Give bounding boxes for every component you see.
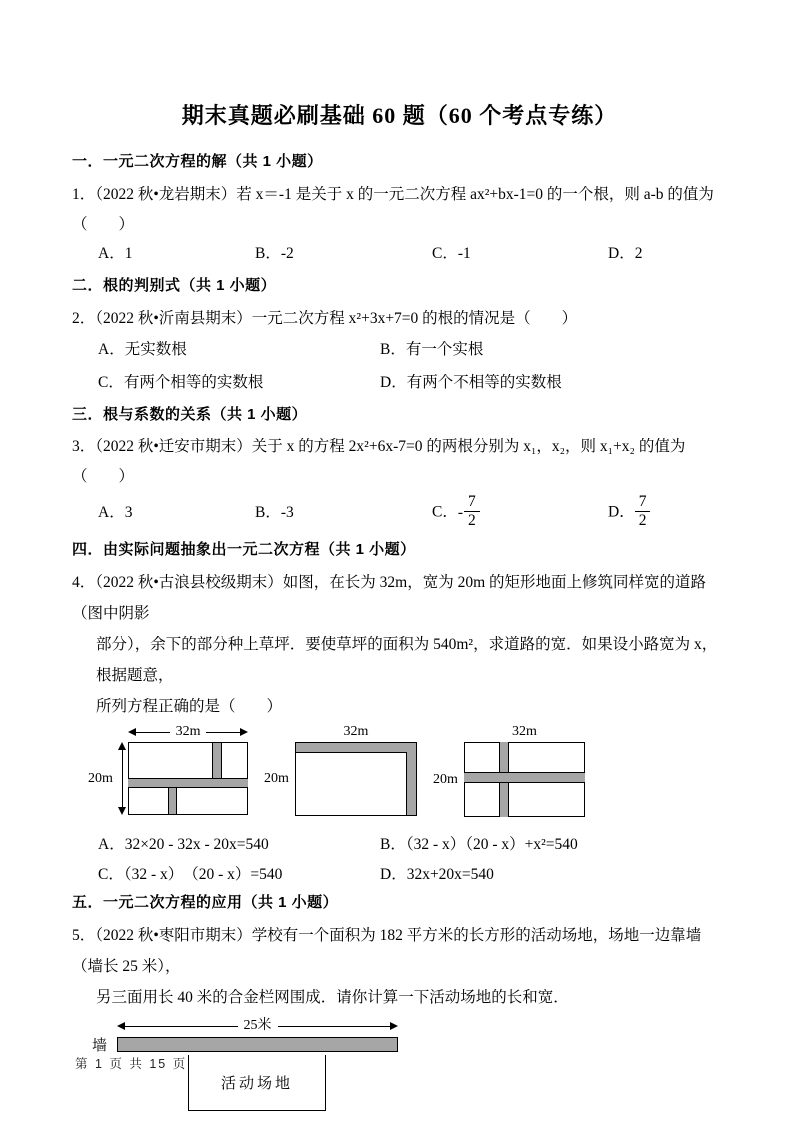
question-1-option-c: C．-1 bbox=[432, 242, 608, 266]
height-label: 20m bbox=[264, 771, 291, 787]
arrow-line bbox=[125, 1026, 238, 1027]
section-3-heading: 三．根与系数的关系（共 1 小题） bbox=[72, 405, 727, 425]
length-label: 25米 bbox=[238, 1018, 278, 1034]
question-4-option-d: D．32x+20x=540 bbox=[380, 863, 494, 887]
option-c-label: C． bbox=[432, 504, 458, 521]
question-1-option-d: D．2 bbox=[608, 242, 642, 266]
question-1-option-b: B．-2 bbox=[255, 242, 432, 266]
question-3-text: 3．（2022 秋•迁安市期末）关于 x 的方程 2x²+6x-7=0 的两根分… bbox=[72, 432, 727, 492]
arrowhead-left-icon bbox=[128, 728, 136, 736]
page-footer: 第 1 页 共 15 页 bbox=[75, 1054, 187, 1072]
wall-bar bbox=[117, 1037, 398, 1052]
question-4-option-b: B．（32 - x）（20 - x）+x²=540 bbox=[380, 833, 578, 857]
question-4-line-2: 部分），余下的部分种上草坪．要使草坪的面积为 540m²，求道路的宽．如果设小路… bbox=[72, 629, 727, 691]
question-2-option-d: D．有两个不相等的实数根 bbox=[380, 371, 562, 395]
question-4-figures: 32m 20m bbox=[88, 724, 727, 817]
fraction: 72 bbox=[464, 493, 480, 530]
question-2-option-a: A．无实数根 bbox=[98, 338, 380, 362]
height-label: 20m bbox=[433, 772, 460, 788]
page-content: 期末真题必刷基础 60 题（60 个考点专练） 一．一元二次方程的解（共 1 小… bbox=[0, 0, 793, 1111]
figure-3-body: 20m bbox=[433, 742, 585, 817]
length-arrow: 25米 bbox=[117, 1018, 398, 1034]
wall-row: 墙 bbox=[92, 1034, 727, 1055]
fraction-denominator: 2 bbox=[464, 512, 480, 530]
width-arrow: 32m bbox=[128, 724, 248, 740]
question-5-line-2: 另三面用长 40 米的合金栏网围成．请你计算一下活动场地的长和宽． bbox=[72, 982, 727, 1013]
section-1-heading: 一．一元二次方程的解（共 1 小题） bbox=[72, 152, 727, 172]
page-title: 期末真题必刷基础 60 题（60 个考点专练） bbox=[72, 101, 727, 131]
arrowhead-left-icon bbox=[117, 1022, 125, 1030]
width-dimension: 32m bbox=[88, 724, 248, 740]
height-label: 20m bbox=[88, 771, 116, 787]
question-4-text: 4．（2022 秋•古浪县校级期末）如图，在长为 32m，宽为 20m 的矩形地… bbox=[72, 567, 727, 722]
field-rectangle bbox=[128, 742, 248, 815]
road-strip-vertical-top bbox=[212, 743, 222, 780]
fraction-numerator: 7 bbox=[464, 493, 480, 512]
question-4-options-row-2: C．（32 - x） （20 - x）=540 D．32x+20x=540 bbox=[72, 863, 727, 887]
length-dimension: 25米 bbox=[92, 1018, 727, 1034]
activity-area-label: 活动场地 bbox=[221, 1072, 293, 1093]
question-3-options: A．3 B．-3 C．-72 D．72 bbox=[72, 492, 727, 534]
question-4-option-c: C．（32 - x） （20 - x）=540 bbox=[98, 863, 380, 887]
arrowhead-down-icon bbox=[118, 807, 126, 815]
activity-area-box: 活动场地 bbox=[188, 1055, 326, 1111]
option-d-label: D． bbox=[608, 504, 635, 521]
width-label: 32m bbox=[295, 724, 417, 742]
arrow-line bbox=[206, 732, 240, 733]
question-5-figure: 25米 墙 活动场地 bbox=[92, 1018, 727, 1111]
road-strip-vertical-bottom bbox=[168, 787, 177, 814]
road-strip-horizontal bbox=[128, 778, 248, 788]
road-strip-horizontal bbox=[464, 772, 585, 783]
question-3-option-b: B．-3 bbox=[255, 501, 432, 525]
question-4-options-row-1: A．32×20 - 32x - 20x=540 B．（32 - x）（20 - … bbox=[72, 833, 727, 857]
figure-1-body: 20m bbox=[88, 742, 248, 815]
worksheet-page: 期末真题必刷基础 60 题（60 个考点专练） 一．一元二次方程的解（共 1 小… bbox=[0, 0, 793, 1122]
width-label: 32m bbox=[464, 724, 585, 742]
question-2-option-b: B．有一个实根 bbox=[380, 338, 483, 362]
question-3-option-d: D．72 bbox=[608, 496, 650, 530]
question-1-options: A．1 B．-2 C．-1 D．2 bbox=[72, 242, 727, 266]
fraction-denominator: 2 bbox=[635, 512, 651, 530]
question-2-text: 2．（2022 秋•沂南县期末）一元二次方程 x²+3x+7=0 的根的情况是（… bbox=[72, 304, 727, 334]
fraction-numerator: 7 bbox=[635, 493, 651, 512]
road-figure-2: 32m 20m bbox=[264, 724, 417, 816]
question-4-line-1: 4．（2022 秋•古浪县校级期末）如图，在长为 32m，宽为 20m 的矩形地… bbox=[72, 567, 727, 629]
road-figure-3: 32m 20m bbox=[433, 724, 585, 817]
question-4-option-a: A．32×20 - 32x - 20x=540 bbox=[98, 833, 380, 857]
arrow-line bbox=[122, 750, 123, 807]
question-2-option-c: C．有两个相等的实数根 bbox=[98, 371, 380, 395]
field-rectangle bbox=[464, 742, 585, 817]
figure-2-body: 20m bbox=[264, 742, 417, 816]
arrow-line bbox=[278, 1026, 391, 1027]
road-strip-right bbox=[406, 752, 417, 816]
road-strip-top bbox=[295, 742, 417, 753]
section-4-heading: 四．由实际问题抽象出一元二次方程（共 1 小题） bbox=[72, 540, 727, 560]
question-1-option-a: A．1 bbox=[98, 242, 255, 266]
question-2-options-row-2: C．有两个相等的实数根 D．有两个不相等的实数根 bbox=[72, 371, 727, 395]
spacer bbox=[88, 724, 128, 740]
arrowhead-right-icon bbox=[390, 1022, 398, 1030]
question-4-line-3: 所列方程正确的是（ ） bbox=[72, 691, 727, 722]
road-figure-1: 32m 20m bbox=[88, 724, 248, 815]
arrowhead-up-icon bbox=[118, 742, 126, 750]
wall-label: 墙 bbox=[92, 1034, 117, 1055]
question-3-option-a: A．3 bbox=[98, 501, 255, 525]
section-2-heading: 二．根的判别式（共 1 小题） bbox=[72, 276, 727, 296]
question-3-option-c: C．-72 bbox=[432, 496, 608, 530]
question-5-line-1: 5．（2022 秋•枣阳市期末）学校有一个面积为 182 平方米的长方形的活动场… bbox=[72, 920, 727, 982]
fraction-minus-sign: - bbox=[458, 504, 463, 521]
question-2-options-row-1: A．无实数根 B．有一个实根 bbox=[72, 338, 727, 362]
question-5-text: 5．（2022 秋•枣阳市期末）学校有一个面积为 182 平方米的长方形的活动场… bbox=[72, 920, 727, 1013]
height-arrow bbox=[116, 742, 128, 815]
field-rectangle bbox=[295, 742, 417, 816]
question-1-text: 1．（2022 秋•龙岩期末）若 x＝-1 是关于 x 的一元二次方程 ax²+… bbox=[72, 180, 727, 240]
area-row: 活动场地 bbox=[92, 1055, 727, 1111]
width-label: 32m bbox=[170, 724, 207, 740]
arrowhead-right-icon bbox=[240, 728, 248, 736]
fraction: 72 bbox=[635, 493, 651, 530]
arrow-line bbox=[136, 732, 170, 733]
section-5-heading: 五．一元二次方程的应用（共 1 小题） bbox=[72, 893, 727, 913]
